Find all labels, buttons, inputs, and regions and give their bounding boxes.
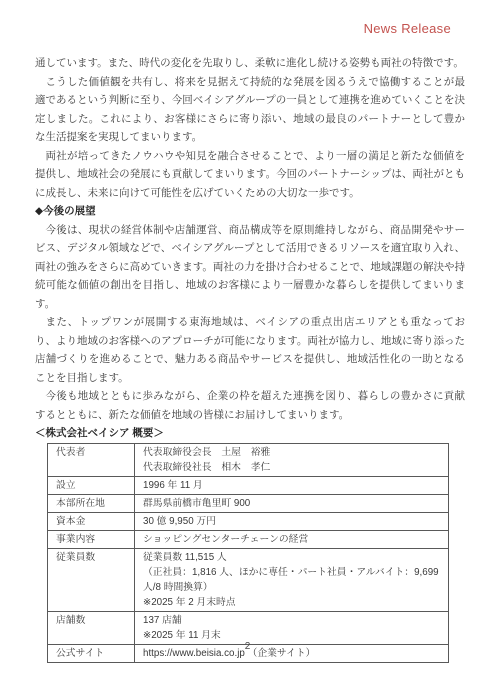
value-line: 群馬県前橋市亀里町 900 [143,496,440,511]
value-line: ショッピングセンターチェーンの経営 [143,532,440,547]
value-line: 従業員数 11,515 人 [143,550,440,565]
body-paragraph: 通しています。また、時代の変化を先取りし、柔軟に進化し続ける姿勢も両社の特徴です… [35,54,465,73]
table-row-capital: 資本金 30 億 9,950 万円 [48,512,449,530]
section-heading-future-outlook: ◆今後の展望 [35,202,465,221]
row-value: 群馬県前橋市亀里町 900 [135,494,449,512]
value-line: 代表取締役社長 相木 孝仁 [143,460,440,475]
document-body: 通しています。また、時代の変化を先取りし、柔軟に進化し続ける姿勢も両社の特徴です… [35,0,465,663]
table-row-representative: 代表者 代表取締役会長 土屋 裕雅 代表取締役社長 相木 孝仁 [48,443,449,476]
value-line: 1996 年 11 月 [143,478,440,493]
table-row-founded: 設立 1996 年 11 月 [48,476,449,494]
company-overview-table: 代表者 代表取締役会長 土屋 裕雅 代表取締役社長 相木 孝仁 設立 1996 … [47,443,449,663]
body-paragraph: 今後も地域とともに歩みながら、企業の枠を超えた連携を図り、暮らしの豊かさに貢献す… [35,387,465,424]
row-value: 代表取締役会長 土屋 裕雅 代表取締役社長 相木 孝仁 [135,443,449,476]
row-value: 137 店舗 ※2025 年 11 月末 [135,611,449,644]
document-page: News Release 通しています。また、時代の変化を先取りし、柔軟に進化し… [0,0,495,700]
value-line: 30 億 9,950 万円 [143,514,440,529]
body-paragraph: こうした価値観を共有し、将来を見据えて持続的な発展を図るうえで協働することが最適… [35,73,465,147]
value-line: 代表取締役会長 土屋 裕雅 [143,445,440,460]
value-line: 137 店舗 [143,613,440,628]
table-row-stores: 店舗数 137 店舗 ※2025 年 11 月末 [48,611,449,644]
row-value: 30 億 9,950 万円 [135,512,449,530]
row-value: 1996 年 11 月 [135,476,449,494]
value-line: （正社員：1,816 人、ほかに専任・パート社員・アルバイト：9,699 人/8… [143,565,440,595]
company-overview-heading: ＜株式会社ベイシア 概要＞ [35,424,465,443]
row-label: 店舗数 [48,611,135,644]
table-row-business: 事業内容 ショッピングセンターチェーンの経営 [48,530,449,548]
row-label: 事業内容 [48,530,135,548]
row-label: 設立 [48,476,135,494]
row-label: 本部所在地 [48,494,135,512]
row-label: 従業員数 [48,548,135,611]
body-paragraph: 両社が培ってきたノウハウや知見を融合させることで、より一層の満足と新たな価値を提… [35,147,465,203]
page-number: 2 [0,641,495,652]
row-value: 従業員数 11,515 人 （正社員：1,816 人、ほかに専任・パート社員・ア… [135,548,449,611]
body-paragraph: 今後は、現状の経営体制や店舗運営、商品構成等を原則維持しながら、商品開発やサービ… [35,221,465,314]
body-paragraph: また、トップワンが展開する東海地域は、ベイシアの重点出店エリアとも重なっており、… [35,313,465,387]
row-label: 代表者 [48,443,135,476]
row-value: ショッピングセンターチェーンの経営 [135,530,449,548]
row-label: 資本金 [48,512,135,530]
table-row-headquarters: 本部所在地 群馬県前橋市亀里町 900 [48,494,449,512]
value-line: ※2025 年 2 月末時点 [143,595,440,610]
table-row-employees: 従業員数 従業員数 11,515 人 （正社員：1,816 人、ほかに専任・パー… [48,548,449,611]
